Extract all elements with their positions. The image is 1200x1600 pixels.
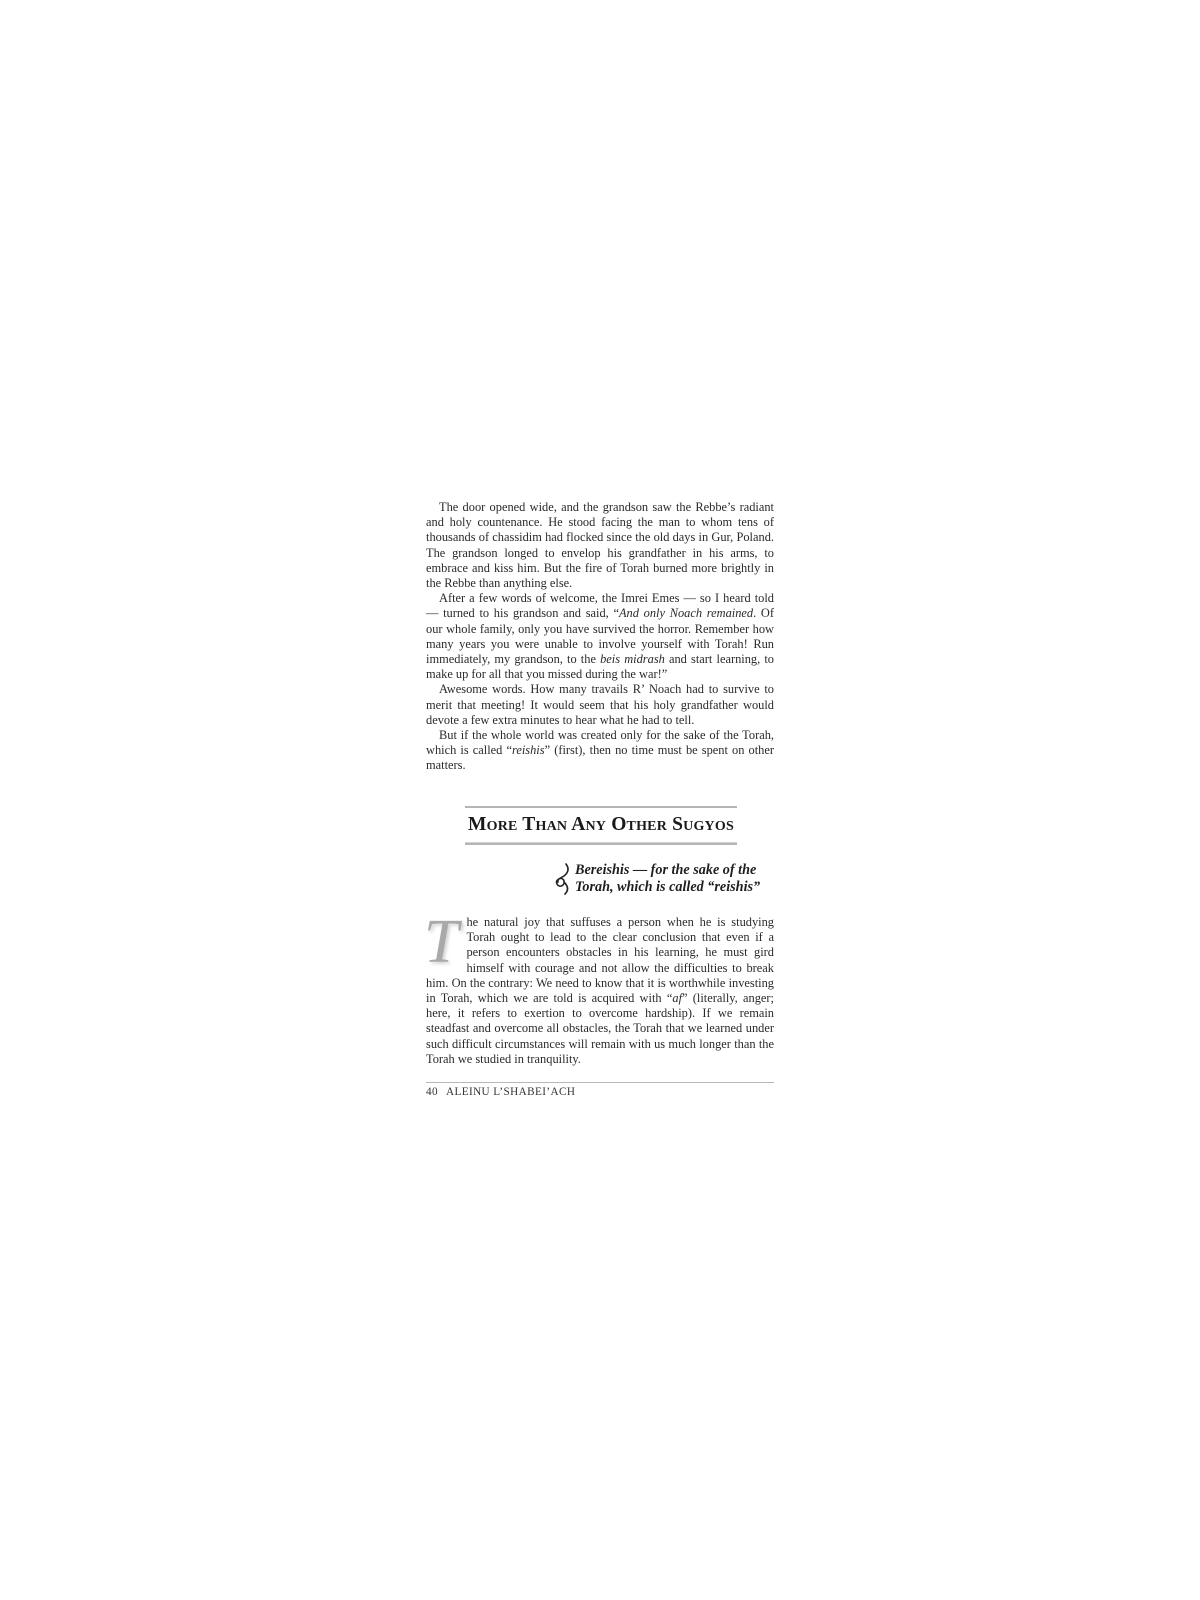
italic-quote: And only Noach remained: [619, 606, 753, 620]
page-number: 40: [426, 1086, 438, 1098]
italic-term: beis midrash: [600, 652, 665, 666]
italic-term: reishis: [512, 743, 545, 757]
paragraph-imrei-emes: After a few words of welcome, the Imrei …: [426, 591, 774, 682]
footer-rule: [426, 1082, 774, 1083]
section-heading: More Than Any Other Sugyos: [465, 808, 737, 840]
heading-rule-bottom: [465, 843, 737, 845]
section-subhead: Bereishis — for the sake of the Torah, w…: [553, 862, 783, 896]
paragraph-awesome-words: Awesome words. How many travails R’ Noac…: [426, 682, 774, 728]
subhead-text: Bereishis — for the sake of the Torah, w…: [575, 862, 760, 896]
paragraph-natural-joy: he natural joy that suffuses a person wh…: [426, 915, 774, 1067]
italic-term: af: [672, 991, 682, 1005]
paragraph-whole-world: But if the whole world was created only …: [426, 728, 774, 774]
page-footer: 40ALEINU L’SHABEI’ACH: [426, 1086, 575, 1098]
section-heading-block: More Than Any Other Sugyos: [465, 806, 737, 845]
running-title: ALEINU L’SHABEI’ACH: [446, 1086, 575, 1098]
drop-cap: T: [424, 917, 458, 965]
paragraph-door-opened: The door opened wide, and the grandson s…: [426, 500, 774, 591]
subhead-line-2: Torah, which is called “reishis”: [575, 879, 760, 896]
subhead-line-1: Bereishis — for the sake of the: [575, 862, 760, 879]
body-text: The door opened wide, and the grandson s…: [426, 500, 774, 774]
section-body: T he natural joy that suffuses a person …: [426, 915, 774, 1067]
bracket-flourish-icon: [553, 862, 571, 896]
